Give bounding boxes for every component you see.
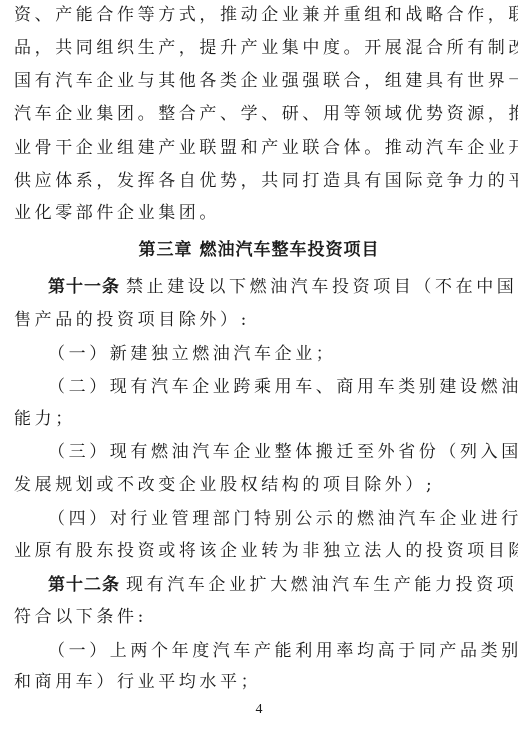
paragraph-line: 汽车企业集团。整合产、学、研、用等领域优势资源，推动汽车产 — [14, 103, 494, 125]
list-item: （一）新建独立燃油汽车企业； — [48, 343, 518, 365]
paragraph-line: 业化零部件企业集团。 — [14, 202, 494, 224]
article-11-text: 禁止建设以下燃油汽车投资项目（不在中国境内销 — [126, 277, 518, 297]
list-item: （四）对行业管理部门特别公示的燃油汽车企业进行投资（企 — [48, 508, 518, 530]
list-item-cont: 业原有股东投资或将该企业转为非独立法人的投资项目除外）。 — [14, 540, 494, 562]
list-item-cont: 发展规划或不改变企业股权结构的项目除外）; — [14, 474, 494, 496]
page-number: 4 — [0, 702, 518, 718]
list-item: （一）上两个年度汽车产能利用率均高于同产品类别（乘用车 — [48, 640, 518, 662]
article-11-label: 第十一条 — [48, 277, 120, 297]
article-12-text: 现有汽车企业扩大燃油汽车生产能力投资项目，应 — [126, 575, 518, 595]
list-item: （二）现有汽车企业跨乘用车、商用车类别建设燃油汽车生产 — [48, 376, 518, 398]
paragraph-line: 国有汽车企业与其他各类企业强强联合，组建具有世界一流水平的 — [14, 70, 494, 92]
paragraph-line: 符合以下条件: — [14, 606, 494, 628]
paragraph-line: 业骨干企业组建产业联盟和产业联合体。推动汽车企业开放零部件 — [14, 137, 494, 159]
list-item-cont: 能力； — [14, 408, 494, 430]
paragraph-line: 品，共同组织生产，提升产业集中度。开展混合所有制改革，推动 — [14, 37, 494, 59]
paragraph-line: 供应体系，发挥各自优势，共同打造具有国际竞争力的平台化、专 — [14, 170, 494, 192]
article-12-label: 第十二条 — [48, 575, 120, 595]
list-item: （三）现有燃油汽车企业整体搬迁至外省份（列入国家级区域 — [48, 441, 518, 463]
paragraph-line: 售产品的投资项目除外）: — [14, 309, 494, 331]
article-11-line: 第十一条禁止建设以下燃油汽车投资项目（不在中国境内销 — [48, 276, 518, 298]
paragraph-line: 资、产能合作等方式，推动企业兼并重组和战略合作，联合研发产 — [14, 4, 494, 26]
article-12-line: 第十二条现有汽车企业扩大燃油汽车生产能力投资项目，应 — [48, 574, 518, 596]
chapter-heading: 第三章 燃油汽车整车投资项目 — [0, 235, 518, 260]
list-item-cont: 和商用车）行业平均水平； — [14, 671, 494, 693]
